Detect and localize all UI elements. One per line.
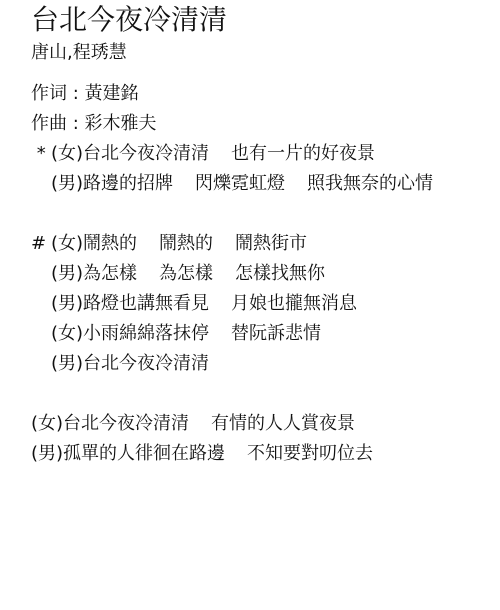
lyric-segment: (女)台北今夜冷清清 bbox=[31, 409, 189, 439]
blank-line bbox=[31, 379, 433, 409]
indent bbox=[31, 259, 51, 289]
composer-line: 作曲 : 彩木雅夫 bbox=[31, 109, 433, 139]
lyricist-line: 作词 : 黃建銘 bbox=[31, 79, 433, 109]
lyric-line: (男)台北今夜冷清清 bbox=[31, 349, 433, 379]
indent bbox=[31, 169, 51, 199]
lyric-line: (男)為怎樣 為怎樣 怎樣找無你 bbox=[31, 259, 433, 289]
lyric-line: (男)路邊的招牌 閃爍霓虹燈 照我無奈的心情 bbox=[31, 169, 433, 199]
lyric-segment: 有情的人人賞夜景 bbox=[211, 409, 355, 439]
lyric-segment: (女)鬧熱的 bbox=[51, 229, 137, 259]
lyric-segment: (男)台北今夜冷清清 bbox=[51, 349, 209, 379]
lyric-segment: (男)孤單的人徘徊在路邊 bbox=[31, 439, 225, 469]
indent bbox=[31, 319, 51, 349]
lyric-segment: 閃爍霓虹燈 bbox=[195, 169, 285, 199]
lyric-segment: 鬧熱街市 bbox=[235, 229, 307, 259]
lyric-segment: 替阮訴悲情 bbox=[231, 319, 321, 349]
lyric-line: (女)小雨綿綿落抹停 替阮訴悲情 bbox=[31, 319, 433, 349]
song-artists: 唐山,程琇慧 bbox=[31, 41, 127, 65]
lyric-segment: 怎樣找無你 bbox=[235, 259, 325, 289]
lyric-segment: 為怎樣 bbox=[159, 259, 213, 289]
lyric-segment: (男)為怎樣 bbox=[51, 259, 137, 289]
chorus-marker-hash: # bbox=[31, 229, 51, 259]
lyric-segment: (男)路邊的招牌 bbox=[51, 169, 173, 199]
indent bbox=[31, 289, 51, 319]
blank-line bbox=[31, 199, 433, 229]
lyrics-body: 作词 : 黃建銘 作曲 : 彩木雅夫 * (女)台北今夜冷清清 也有一片的好夜景… bbox=[31, 79, 433, 469]
lyric-segment: (女)小雨綿綿落抹停 bbox=[51, 319, 209, 349]
lyricist-label: 作词 : bbox=[31, 79, 85, 109]
lyric-line: # (女)鬧熱的 鬧熱的 鬧熱街市 bbox=[31, 229, 433, 259]
lyricist-name: 黃建銘 bbox=[85, 79, 139, 109]
lyric-segment: 鬧熱的 bbox=[159, 229, 213, 259]
lyric-segment: 月娘也攏無消息 bbox=[231, 289, 357, 319]
indent bbox=[31, 349, 51, 379]
composer-label: 作曲 : bbox=[31, 109, 85, 139]
song-title: 台北今夜冷清清 bbox=[31, 3, 227, 37]
lyric-segment: (女)台北今夜冷清清 bbox=[51, 139, 209, 169]
lyric-line: (男)路燈也講無看見 月娘也攏無消息 bbox=[31, 289, 433, 319]
chorus-marker-star: * bbox=[31, 139, 51, 169]
lyric-line: (男)孤單的人徘徊在路邊 不知要對叨位去 bbox=[31, 439, 433, 469]
lyric-line: * (女)台北今夜冷清清 也有一片的好夜景 bbox=[31, 139, 433, 169]
composer-name: 彩木雅夫 bbox=[85, 109, 157, 139]
lyric-segment: 照我無奈的心情 bbox=[307, 169, 433, 199]
lyric-line: (女)台北今夜冷清清 有情的人人賞夜景 bbox=[31, 409, 433, 439]
lyric-segment: 也有一片的好夜景 bbox=[231, 139, 375, 169]
lyric-segment: (男)路燈也講無看見 bbox=[51, 289, 209, 319]
lyric-segment: 不知要對叨位去 bbox=[247, 439, 373, 469]
